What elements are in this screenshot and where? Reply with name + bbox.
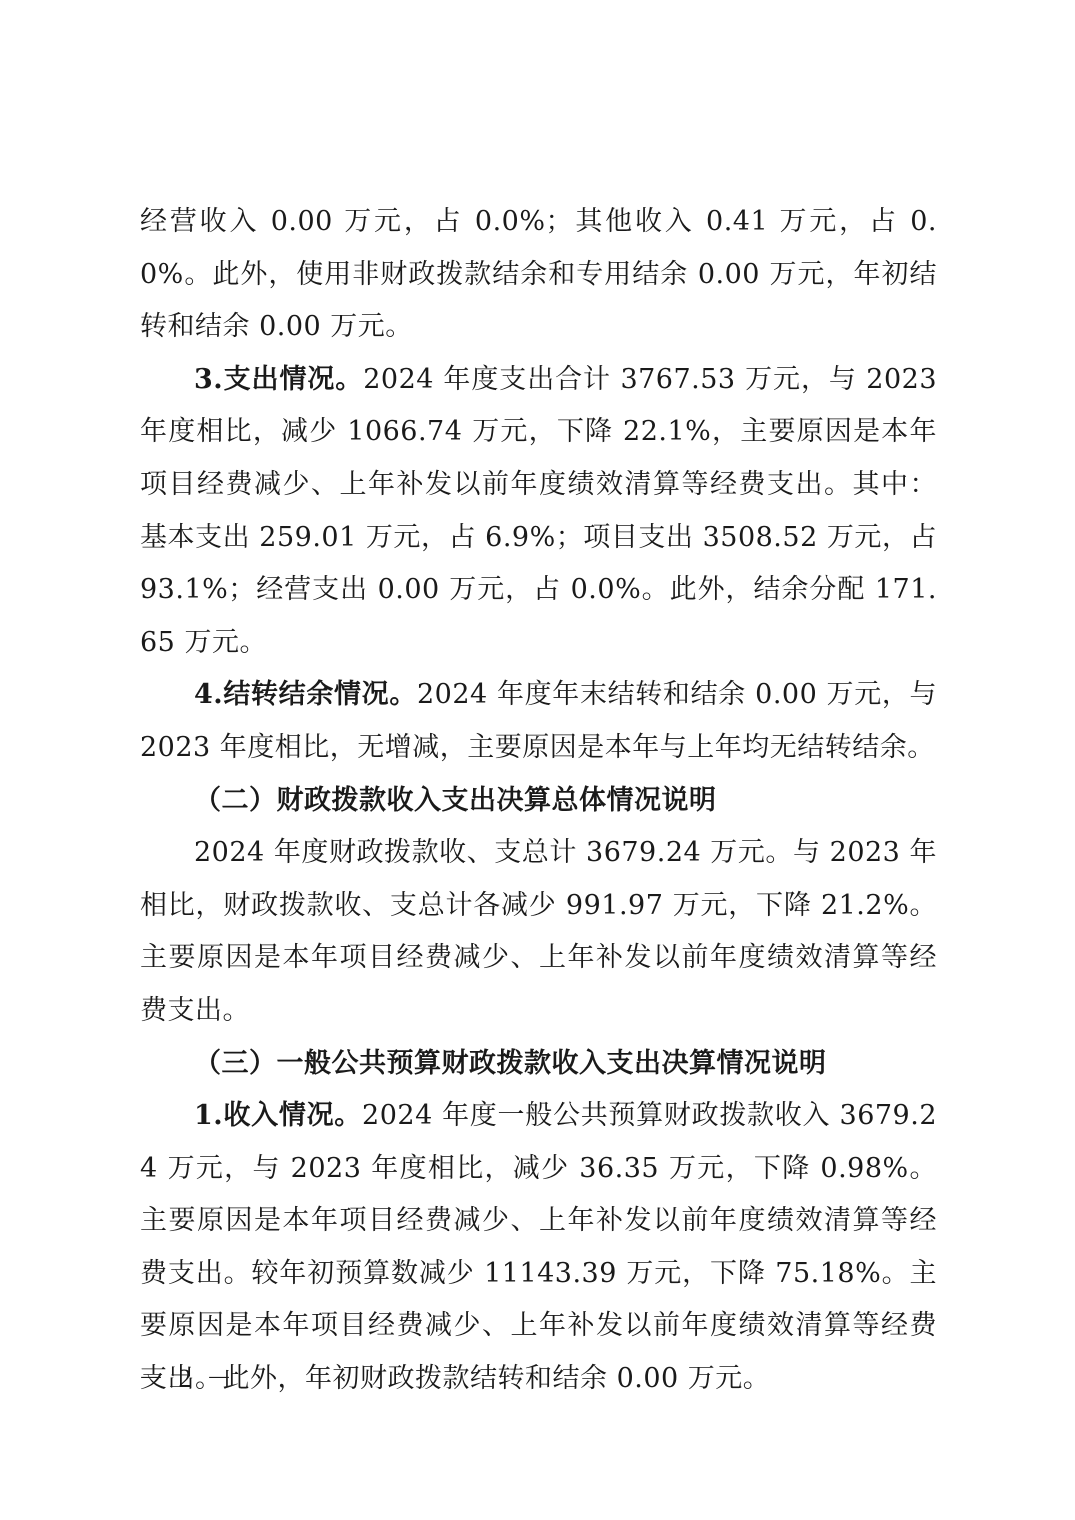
paragraph-general-budget-income: 1.收入情况。2024 年度一般公共预算财政拨款收入 3679.24 万元，与 … [140,1090,937,1406]
page-number: － 2 － [138,1358,236,1395]
document-body: 经营收入 0.00 万元，占 0.0%；其他收入 0.41 万元，占 0.0%。… [140,196,937,1406]
paragraph-text: 经营收入 0.00 万元，占 0.0%；其他收入 0.41 万元，占 0.0%。… [140,206,937,342]
section-heading-fiscal-overview: （二）财政拨款收入支出决算总体情况说明 [140,775,937,828]
paragraph-text: 2024 年度支出合计 3767.53 万元，与 2023 年度相比，减少 10… [140,364,937,658]
paragraph-text: 2024 年度财政拨款收、支总计 3679.24 万元。与 2023 年相比，财… [140,837,937,1026]
paragraph-lead: 1.收入情况。 [194,1100,362,1131]
paragraph-text: 2024 年度一般公共预算财政拨款收入 3679.24 万元，与 2023 年度… [140,1100,937,1394]
paragraph-fiscal-total: 2024 年度财政拨款收、支总计 3679.24 万元。与 2023 年相比，财… [140,827,937,1037]
document-page: 经营收入 0.00 万元，占 0.0%；其他收入 0.41 万元，占 0.0%。… [0,0,1075,1520]
paragraph-lead: 3.支出情况。 [194,364,363,395]
paragraph-expenditure: 3.支出情况。2024 年度支出合计 3767.53 万元，与 2023 年度相… [140,354,937,670]
paragraph-lead: 4.结转结余情况。 [194,679,417,710]
section-heading-general-budget: （三）一般公共预算财政拨款收入支出决算情况说明 [140,1038,937,1091]
paragraph-income-continued: 经营收入 0.00 万元，占 0.0%；其他收入 0.41 万元，占 0.0%。… [140,196,937,354]
paragraph-carryover: 4.结转结余情况。2024 年度年末结转和结余 0.00 万元，与 2023 年… [140,669,937,774]
